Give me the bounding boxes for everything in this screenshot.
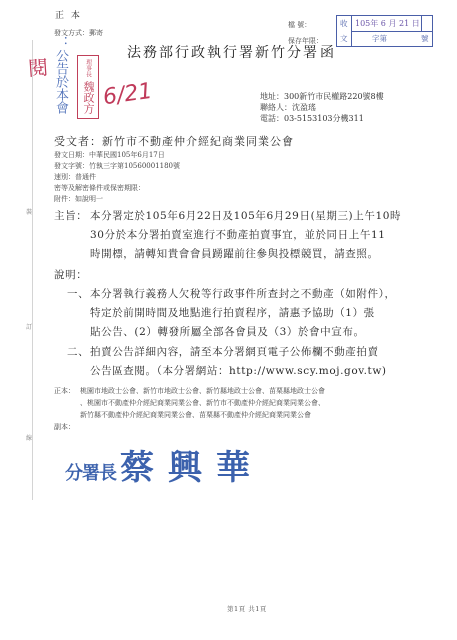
binding-line bbox=[32, 40, 33, 500]
security-level: 密等及解密條件或保密期限： bbox=[54, 183, 145, 193]
original-recipients-line-1: 桃園市地政士公會、新竹市地政士公會、新竹縣地政士公會、苗栗縣地政士公會 bbox=[80, 386, 325, 396]
recipient: 受文者：新竹市不動產仲介經紀商業同業公會 bbox=[54, 133, 294, 149]
explanation-1-line-2: 特定於前開時間及地點進行拍賣程序，請惠予協助（1）張 bbox=[90, 304, 375, 323]
original-recipients-line-2: 、桃園市不動產仲介經紀商業同業公會、新竹市不動產仲介經紀商業同業公會、 bbox=[80, 398, 325, 408]
copies-label: 副本： bbox=[54, 422, 75, 432]
explanation-label: 說明： bbox=[54, 266, 87, 285]
contact-phone: 電話：03-5153103分機311 bbox=[260, 113, 364, 124]
explanation-2-line-1: 拍賣公告詳細內容，請至本分署網頁電子公佈欄不動產拍賣 bbox=[90, 343, 379, 362]
stamp-name: 魏政方 bbox=[82, 78, 94, 116]
signature-name: 蔡興華 bbox=[120, 448, 264, 488]
handwritten-date: 6/21 bbox=[102, 79, 154, 111]
director-signature: 分署長蔡興華 bbox=[65, 440, 264, 489]
issue-date: 發文日期：中華民國105年6月17日 bbox=[54, 150, 165, 160]
copy-type: 正 本 bbox=[55, 8, 82, 21]
binding-mark-zhuang: 裝 bbox=[26, 207, 32, 216]
received-label: 收 bbox=[340, 18, 348, 29]
contact-person: 聯絡人：沈盈瑤 bbox=[260, 102, 316, 113]
binding-mark-xian: 線 bbox=[26, 433, 32, 442]
number-suffix: 號 bbox=[421, 33, 429, 44]
subject-line-3: 時開標，請轉知貴會會員踴躍前往參與投標競買，請查照。 bbox=[90, 245, 379, 264]
subject-line-2: 30分於本分署拍賣室進行不動產拍賣事宜，並於同日上午11 bbox=[90, 226, 386, 245]
document-label: 文 bbox=[340, 33, 348, 44]
original-recipients-label: 正本： bbox=[54, 386, 75, 396]
explanation-1-line-1: 本分署執行義務人欠稅等行政事件所查封之不動產（如附件）， bbox=[90, 285, 396, 304]
attachment: 附件：如說明一 bbox=[54, 194, 103, 204]
retention-label: 保存年限： bbox=[288, 36, 323, 46]
received-stamp: 收 文 105年 6 月 21 日 字第 號 bbox=[336, 15, 433, 47]
file-no-label: 檔 號： bbox=[288, 20, 311, 30]
explanation-2-marker: 二、 bbox=[67, 343, 89, 362]
delivery-speed: 速別：普通件 bbox=[54, 172, 96, 182]
page-footer: 第1頁 共1頁 bbox=[227, 604, 267, 613]
contact-address: 地址：300新竹市民權路220號8樓 bbox=[260, 91, 384, 102]
original-recipients-line-3: 新竹縣不動產仲介經紀商業同業公會、苗栗縣不動產仲介經紀商業同業公會 bbox=[80, 410, 311, 420]
subject-label: 主旨： bbox=[54, 207, 87, 226]
word-no: 字第 bbox=[372, 33, 387, 44]
received-date: 105年 6 月 21 日 bbox=[355, 18, 420, 29]
explanation-1-marker: 一、 bbox=[67, 285, 89, 304]
chairman-stamp: 理事長 魏政方 bbox=[77, 55, 99, 119]
doc-number: 發文字號：竹執三字第10560001180號 bbox=[54, 161, 180, 171]
stamp-title: 理事長 bbox=[85, 58, 92, 78]
binding-mark-ding: 訂 bbox=[26, 322, 32, 331]
handwritten-read-mark: 閱 bbox=[27, 51, 49, 81]
signature-role: 分署長 bbox=[65, 463, 116, 484]
explanation-2-line-2: 公告區查閱。（本分署網站：http://www.scy.moj.gov.tw) bbox=[90, 362, 387, 381]
explanation-1-line-3: 貼公告、(2）轉發所屬全部各會員及（3）於會中宣布。 bbox=[90, 323, 365, 342]
subject-line-1: 本分署定於105年6月22日及105年6月29日(星期三)上午10時 bbox=[90, 207, 401, 226]
